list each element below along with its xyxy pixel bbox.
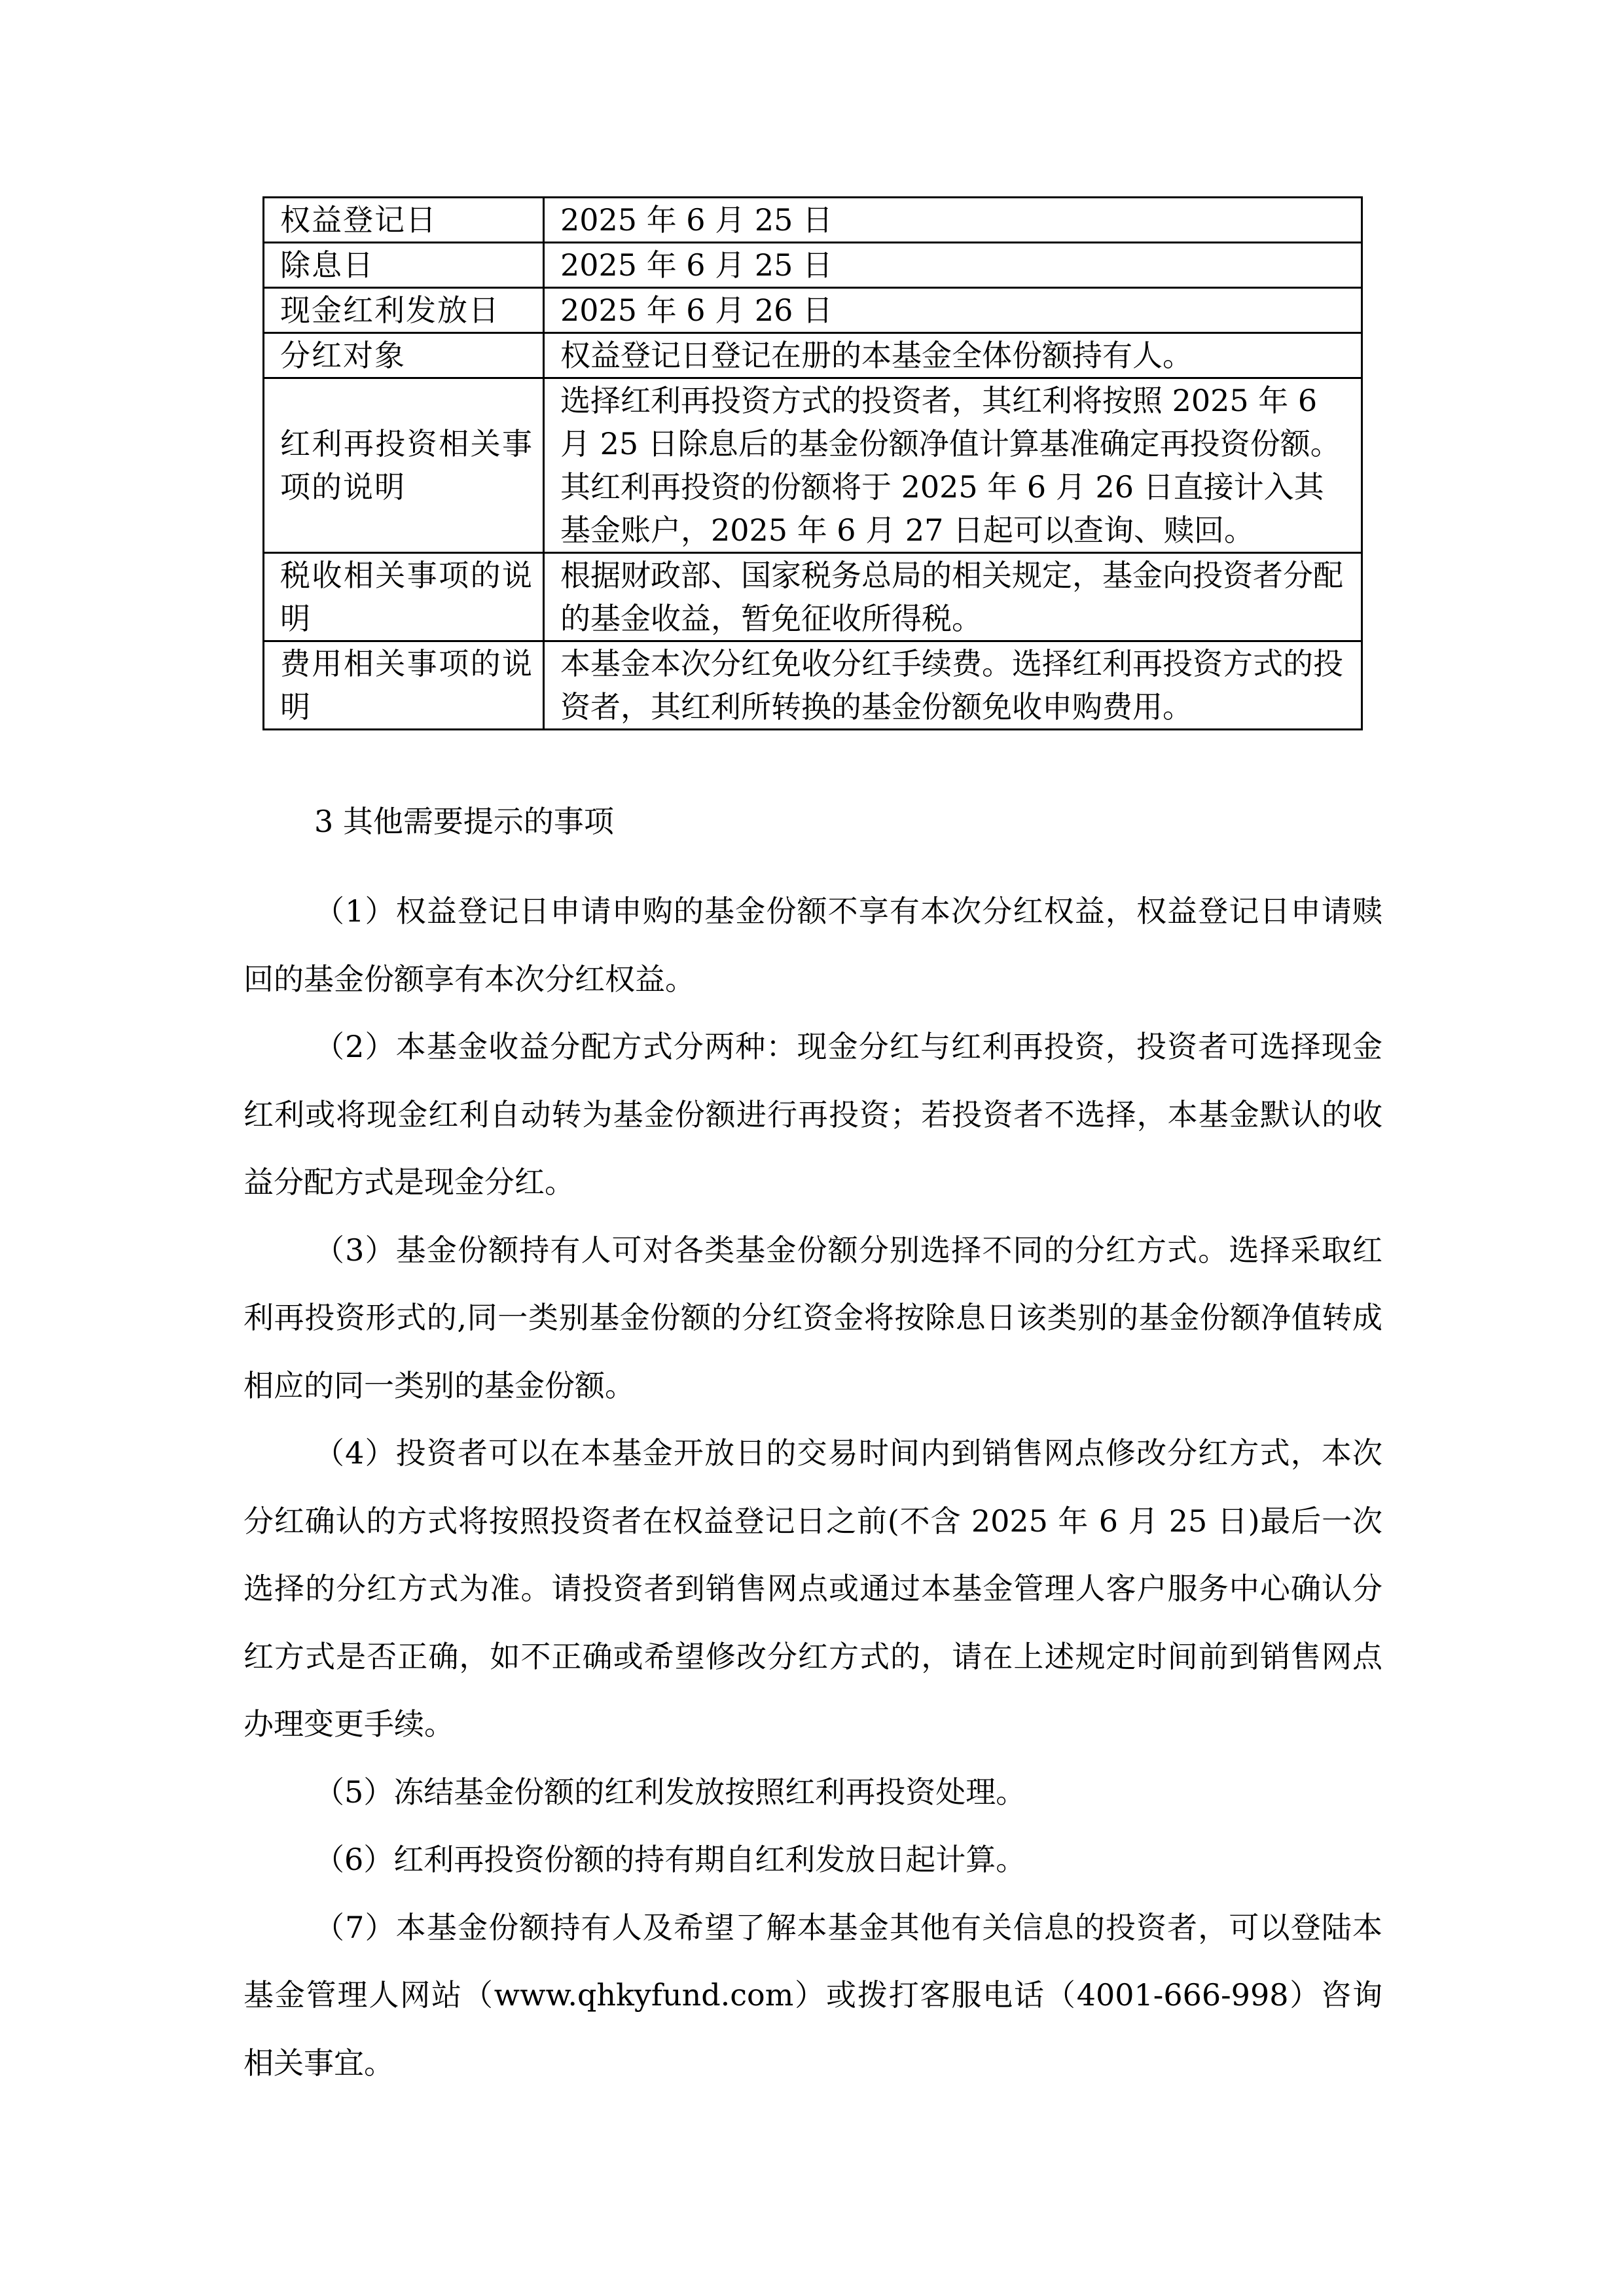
row-value: 2025 年 6 月 25 日 (544, 243, 1362, 288)
section-title: 3 其他需要提示的事项 (314, 802, 1382, 841)
row-label: 除息日 (264, 243, 544, 288)
notice-item-1: （1）权益登记日申请申购的基金份额不享有本次分红权益，权益登记日申请赎回的基金份… (244, 878, 1382, 1013)
table-row-tax-notes: 税收相关事项的说明 根据财政部、国家税务总局的相关规定，基金向投资者分配的基金收… (264, 553, 1362, 641)
row-label: 税收相关事项的说明 (264, 553, 544, 641)
table-row-payment-date: 现金红利发放日 2025 年 6 月 26 日 (264, 288, 1362, 333)
table-row-dividend-recipients: 分红对象 权益登记日登记在册的本基金全体份额持有人。 (264, 333, 1362, 378)
table-row-fee-notes: 费用相关事项的说明 本基金本次分红免收分红手续费。选择红利再投资方式的投资者，其… (264, 641, 1362, 730)
notice-item-7: （7）本基金份额持有人及希望了解本基金其他有关信息的投资者，可以登陆本基金管理人… (244, 1894, 1382, 2098)
row-label: 红利再投资相关事项的说明 (264, 378, 544, 553)
row-value: 根据财政部、国家税务总局的相关规定，基金向投资者分配的基金收益，暂免征收所得税。 (544, 553, 1362, 641)
row-value: 2025 年 6 月 26 日 (544, 288, 1362, 333)
row-label: 分红对象 (264, 333, 544, 378)
notice-item-3: （3）基金份额持有人可对各类基金份额分别选择不同的分红方式。选择采取红利再投资形… (244, 1217, 1382, 1420)
notice-item-5: （5）冻结基金份额的红利发放按照红利再投资处理。 (244, 1759, 1382, 1827)
row-value: 本基金本次分红免收分红手续费。选择红利再投资方式的投资者，其红利所转换的基金份额… (544, 641, 1362, 730)
row-value: 2025 年 6 月 25 日 (544, 198, 1362, 243)
table-row-record-date: 权益登记日 2025 年 6 月 25 日 (264, 198, 1362, 243)
notice-item-4: （4）投资者可以在本基金开放日的交易时间内到销售网点修改分红方式，本次分红确认的… (244, 1420, 1382, 1759)
row-value: 权益登记日登记在册的本基金全体份额持有人。 (544, 333, 1362, 378)
table-row-reinvestment-notes: 红利再投资相关事项的说明 选择红利再投资方式的投资者，其红利将按照 2025 年… (264, 378, 1362, 553)
notice-item-6: （6）红利再投资份额的持有期自红利发放日起计算。 (244, 1826, 1382, 1894)
section-other-notices: 3 其他需要提示的事项 （1）权益登记日申请申购的基金份额不享有本次分红权益，权… (244, 802, 1382, 2097)
row-label: 现金红利发放日 (264, 288, 544, 333)
row-label: 费用相关事项的说明 (264, 641, 544, 730)
notice-list: （1）权益登记日申请申购的基金份额不享有本次分红权益，权益登记日申请赎回的基金份… (244, 878, 1382, 2097)
table-row-ex-dividend-date: 除息日 2025 年 6 月 25 日 (264, 243, 1362, 288)
document-page: 权益登记日 2025 年 6 月 25 日 除息日 2025 年 6 月 25 … (0, 0, 1624, 2296)
row-value: 选择红利再投资方式的投资者，其红利将按照 2025 年 6 月 25 日除息后的… (544, 378, 1362, 553)
dividend-info-table: 权益登记日 2025 年 6 月 25 日 除息日 2025 年 6 月 25 … (262, 196, 1363, 730)
notice-item-2: （2）本基金收益分配方式分两种：现金分红与红利再投资，投资者可选择现金红利或将现… (244, 1013, 1382, 1217)
row-label: 权益登记日 (264, 198, 544, 243)
